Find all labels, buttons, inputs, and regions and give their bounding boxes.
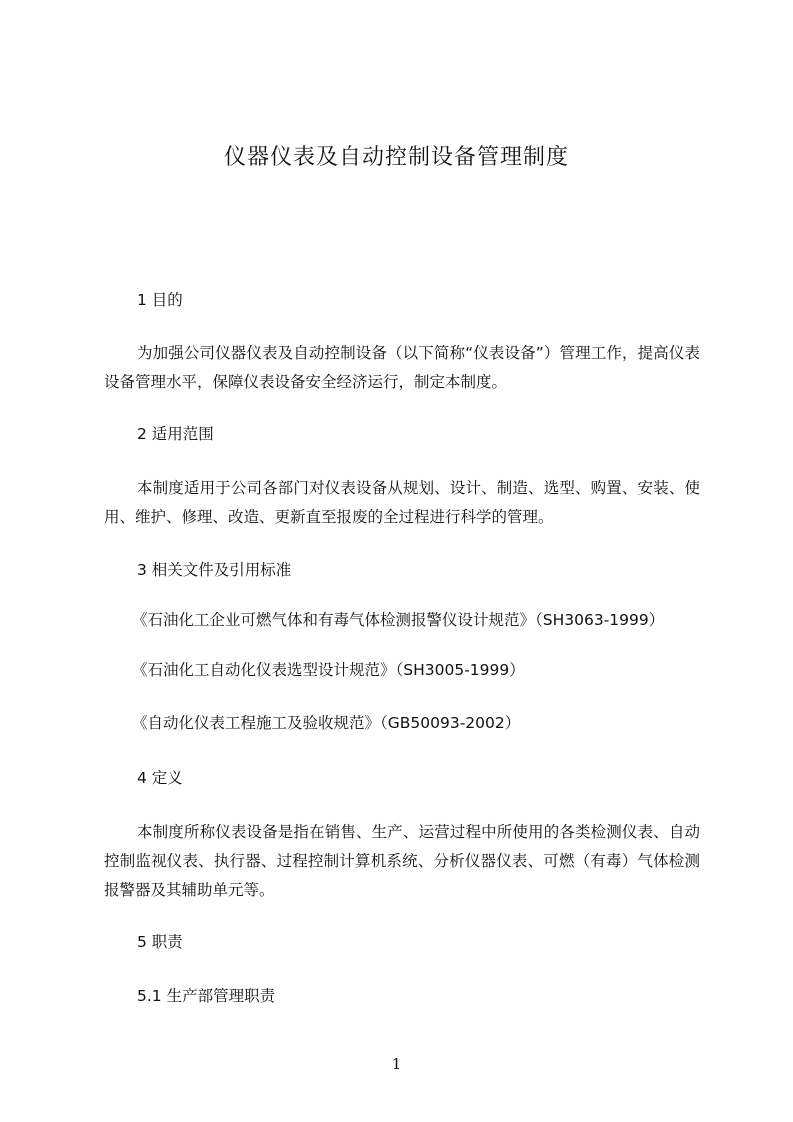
section-paragraph-scope: 本制度适用于公司各部门对仪表设备从规划、设计、制造、选型、购置、安装、使用、维护… [104, 474, 700, 532]
section-heading-definition: 4 定义 [104, 764, 733, 793]
reference-item: 《石油化工企业可燃气体和有毒气体检测报警仪设计规范》（SH3063-1999） [104, 606, 728, 635]
section-heading-purpose: 1 目的 [104, 286, 733, 315]
section-heading-scope: 2 适用范围 [104, 420, 733, 449]
reference-item: 《自动化仪表工程施工及验收规范》（GB50093-2002） [104, 709, 728, 738]
section-heading-responsibilities: 5 职责 [104, 928, 733, 957]
reference-item: 《石油化工自动化仪表选型设计规范》（SH3005-1999） [104, 656, 728, 685]
subsection-heading-production: 5.1 生产部管理职责 [104, 982, 733, 1011]
section-paragraph-purpose: 为加强公司仪器仪表及自动控制设备（以下简称“仪表设备”）管理工作，提高仪表设备管… [104, 339, 700, 397]
document-title: 仪器仪表及自动控制设备管理制度 [0, 140, 793, 171]
section-paragraph-definition: 本制度所称仪表设备是指在销售、生产、运营过程中所使用的各类检测仪表、自动控制监视… [104, 818, 700, 905]
page-number: 1 [0, 1055, 793, 1073]
section-heading-references: 3 相关文件及引用标准 [104, 556, 733, 585]
